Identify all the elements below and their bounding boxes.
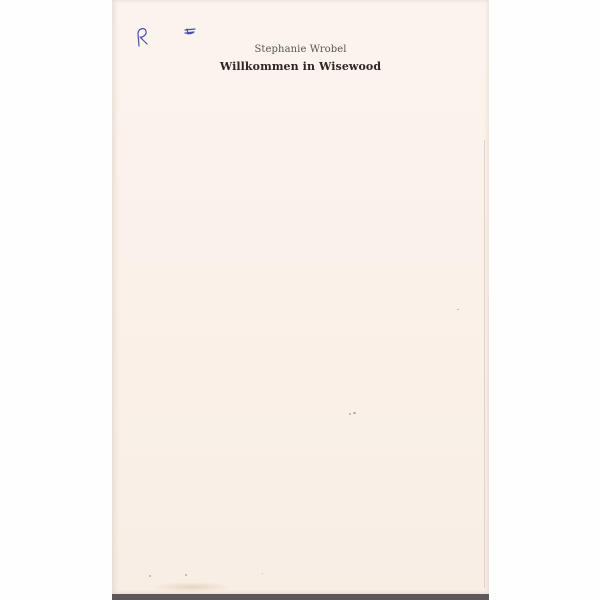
scan-background: Stephanie Wrobel Willkommen in Wisewood <box>0 0 600 600</box>
paper-speck <box>262 573 263 574</box>
paper-speck <box>149 575 151 577</box>
handwritten-4-mark <box>185 29 195 34</box>
scanner-bottom-edge <box>112 594 489 600</box>
book-title: Willkommen in Wisewood <box>112 60 489 73</box>
paper-speck <box>353 412 356 414</box>
paper-stain <box>152 582 232 592</box>
paper-speck <box>349 413 351 415</box>
paper-speck <box>185 574 187 576</box>
title-page: Stephanie Wrobel Willkommen in Wisewood <box>112 0 489 594</box>
author-name: Stephanie Wrobel <box>112 44 489 55</box>
paper-speck <box>457 309 459 310</box>
page-edge <box>484 140 485 588</box>
